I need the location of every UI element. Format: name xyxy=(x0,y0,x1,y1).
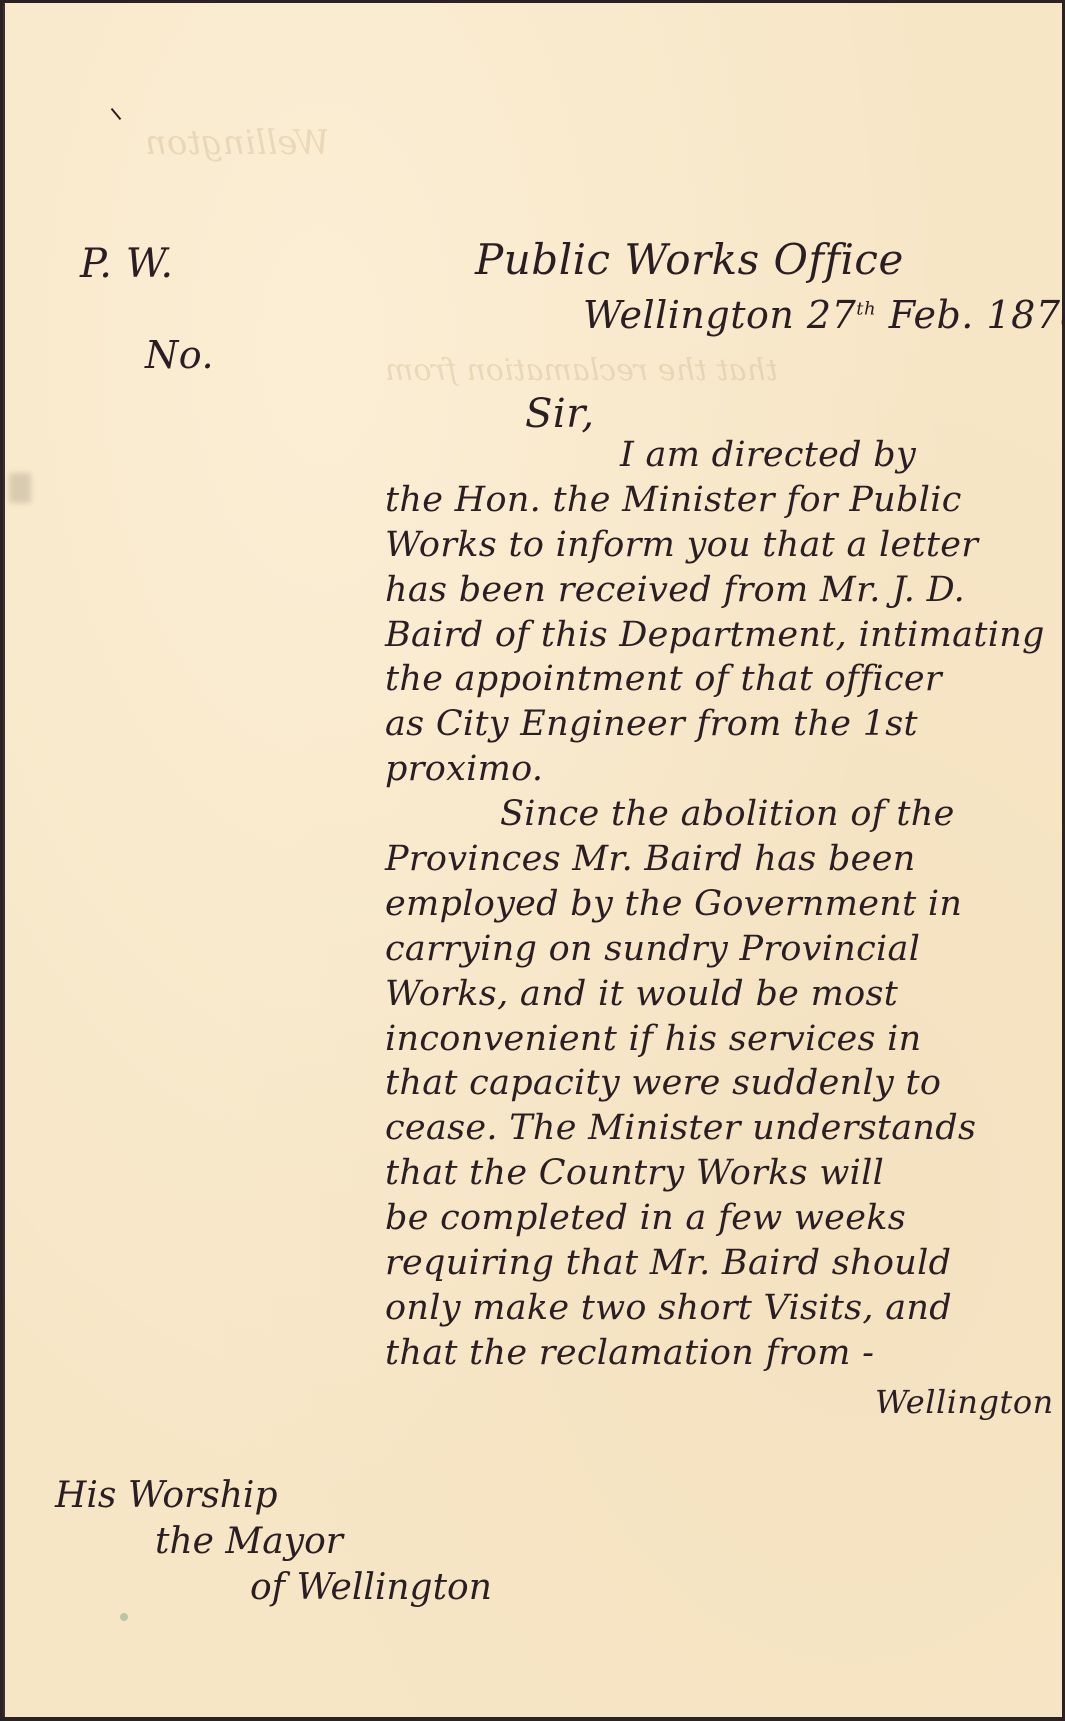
addressee-line: of Wellington xyxy=(55,1565,492,1611)
office-heading: Public Works Office xyxy=(475,235,904,284)
date-month-year: Feb. 1878 xyxy=(889,293,1065,337)
date-suffix: th xyxy=(856,298,876,319)
paper-stain xyxy=(9,473,31,503)
reference-initials: P. W. xyxy=(80,241,174,287)
pen-mark xyxy=(111,108,122,120)
body-line: the Hon. the Minister for Public xyxy=(385,478,1065,523)
letter-body: I am directed by the Hon. the Minister f… xyxy=(385,433,1065,1376)
addressee-line: the Mayor xyxy=(55,1519,492,1565)
bleed-through-text: Wellington xyxy=(145,123,330,163)
body-line: that capacity were suddenly to xyxy=(385,1061,1065,1106)
body-line: Works to inform you that a letter xyxy=(385,523,1065,568)
body-line: has been received from Mr. J. D. xyxy=(385,568,1065,613)
body-line: be completed in a few weeks xyxy=(385,1196,1065,1241)
body-line: inconvenient if his services in xyxy=(385,1017,1065,1062)
body-line: Since the abolition of the xyxy=(385,792,1065,837)
body-line: the appointment of that officer xyxy=(385,657,1065,702)
reference-number-label: No. xyxy=(145,333,214,377)
bleed-through-text: that the reclamation from xyxy=(385,353,778,388)
body-line: Works, and it would be most xyxy=(385,972,1065,1017)
body-line: carrying on sundry Provincial xyxy=(385,927,1065,972)
salutation: Sir, xyxy=(525,391,595,437)
addressee-block: His Worship the Mayor of Wellington xyxy=(55,1473,492,1611)
body-line: only make two short Visits, and xyxy=(385,1286,1065,1331)
body-line: requiring that Mr. Baird should xyxy=(385,1241,1065,1286)
body-line: Baird of this Department, intimating xyxy=(385,613,1065,658)
body-line: that the reclamation from - xyxy=(385,1331,1065,1376)
date-day: 27 xyxy=(807,293,856,337)
body-line: that the Country Works will xyxy=(385,1151,1065,1196)
letter-page: that the reclamation from Wellington P. … xyxy=(3,3,1062,1717)
body-line: employed by the Government in xyxy=(385,882,1065,927)
place-and-date: Wellington 27th Feb. 1878 xyxy=(583,293,1065,337)
place: Wellington xyxy=(583,293,794,337)
body-line: I am directed by xyxy=(385,433,1065,478)
paper-speck xyxy=(120,1613,128,1621)
body-line: as City Engineer from the 1st xyxy=(385,702,1065,747)
body-line: Provinces Mr. Baird has been xyxy=(385,837,1065,882)
addressee-line: His Worship xyxy=(55,1473,492,1519)
catchword: Wellington xyxy=(875,1383,1054,1421)
body-line: proximo. xyxy=(385,747,1065,792)
body-line: cease. The Minister understands xyxy=(385,1106,1065,1151)
